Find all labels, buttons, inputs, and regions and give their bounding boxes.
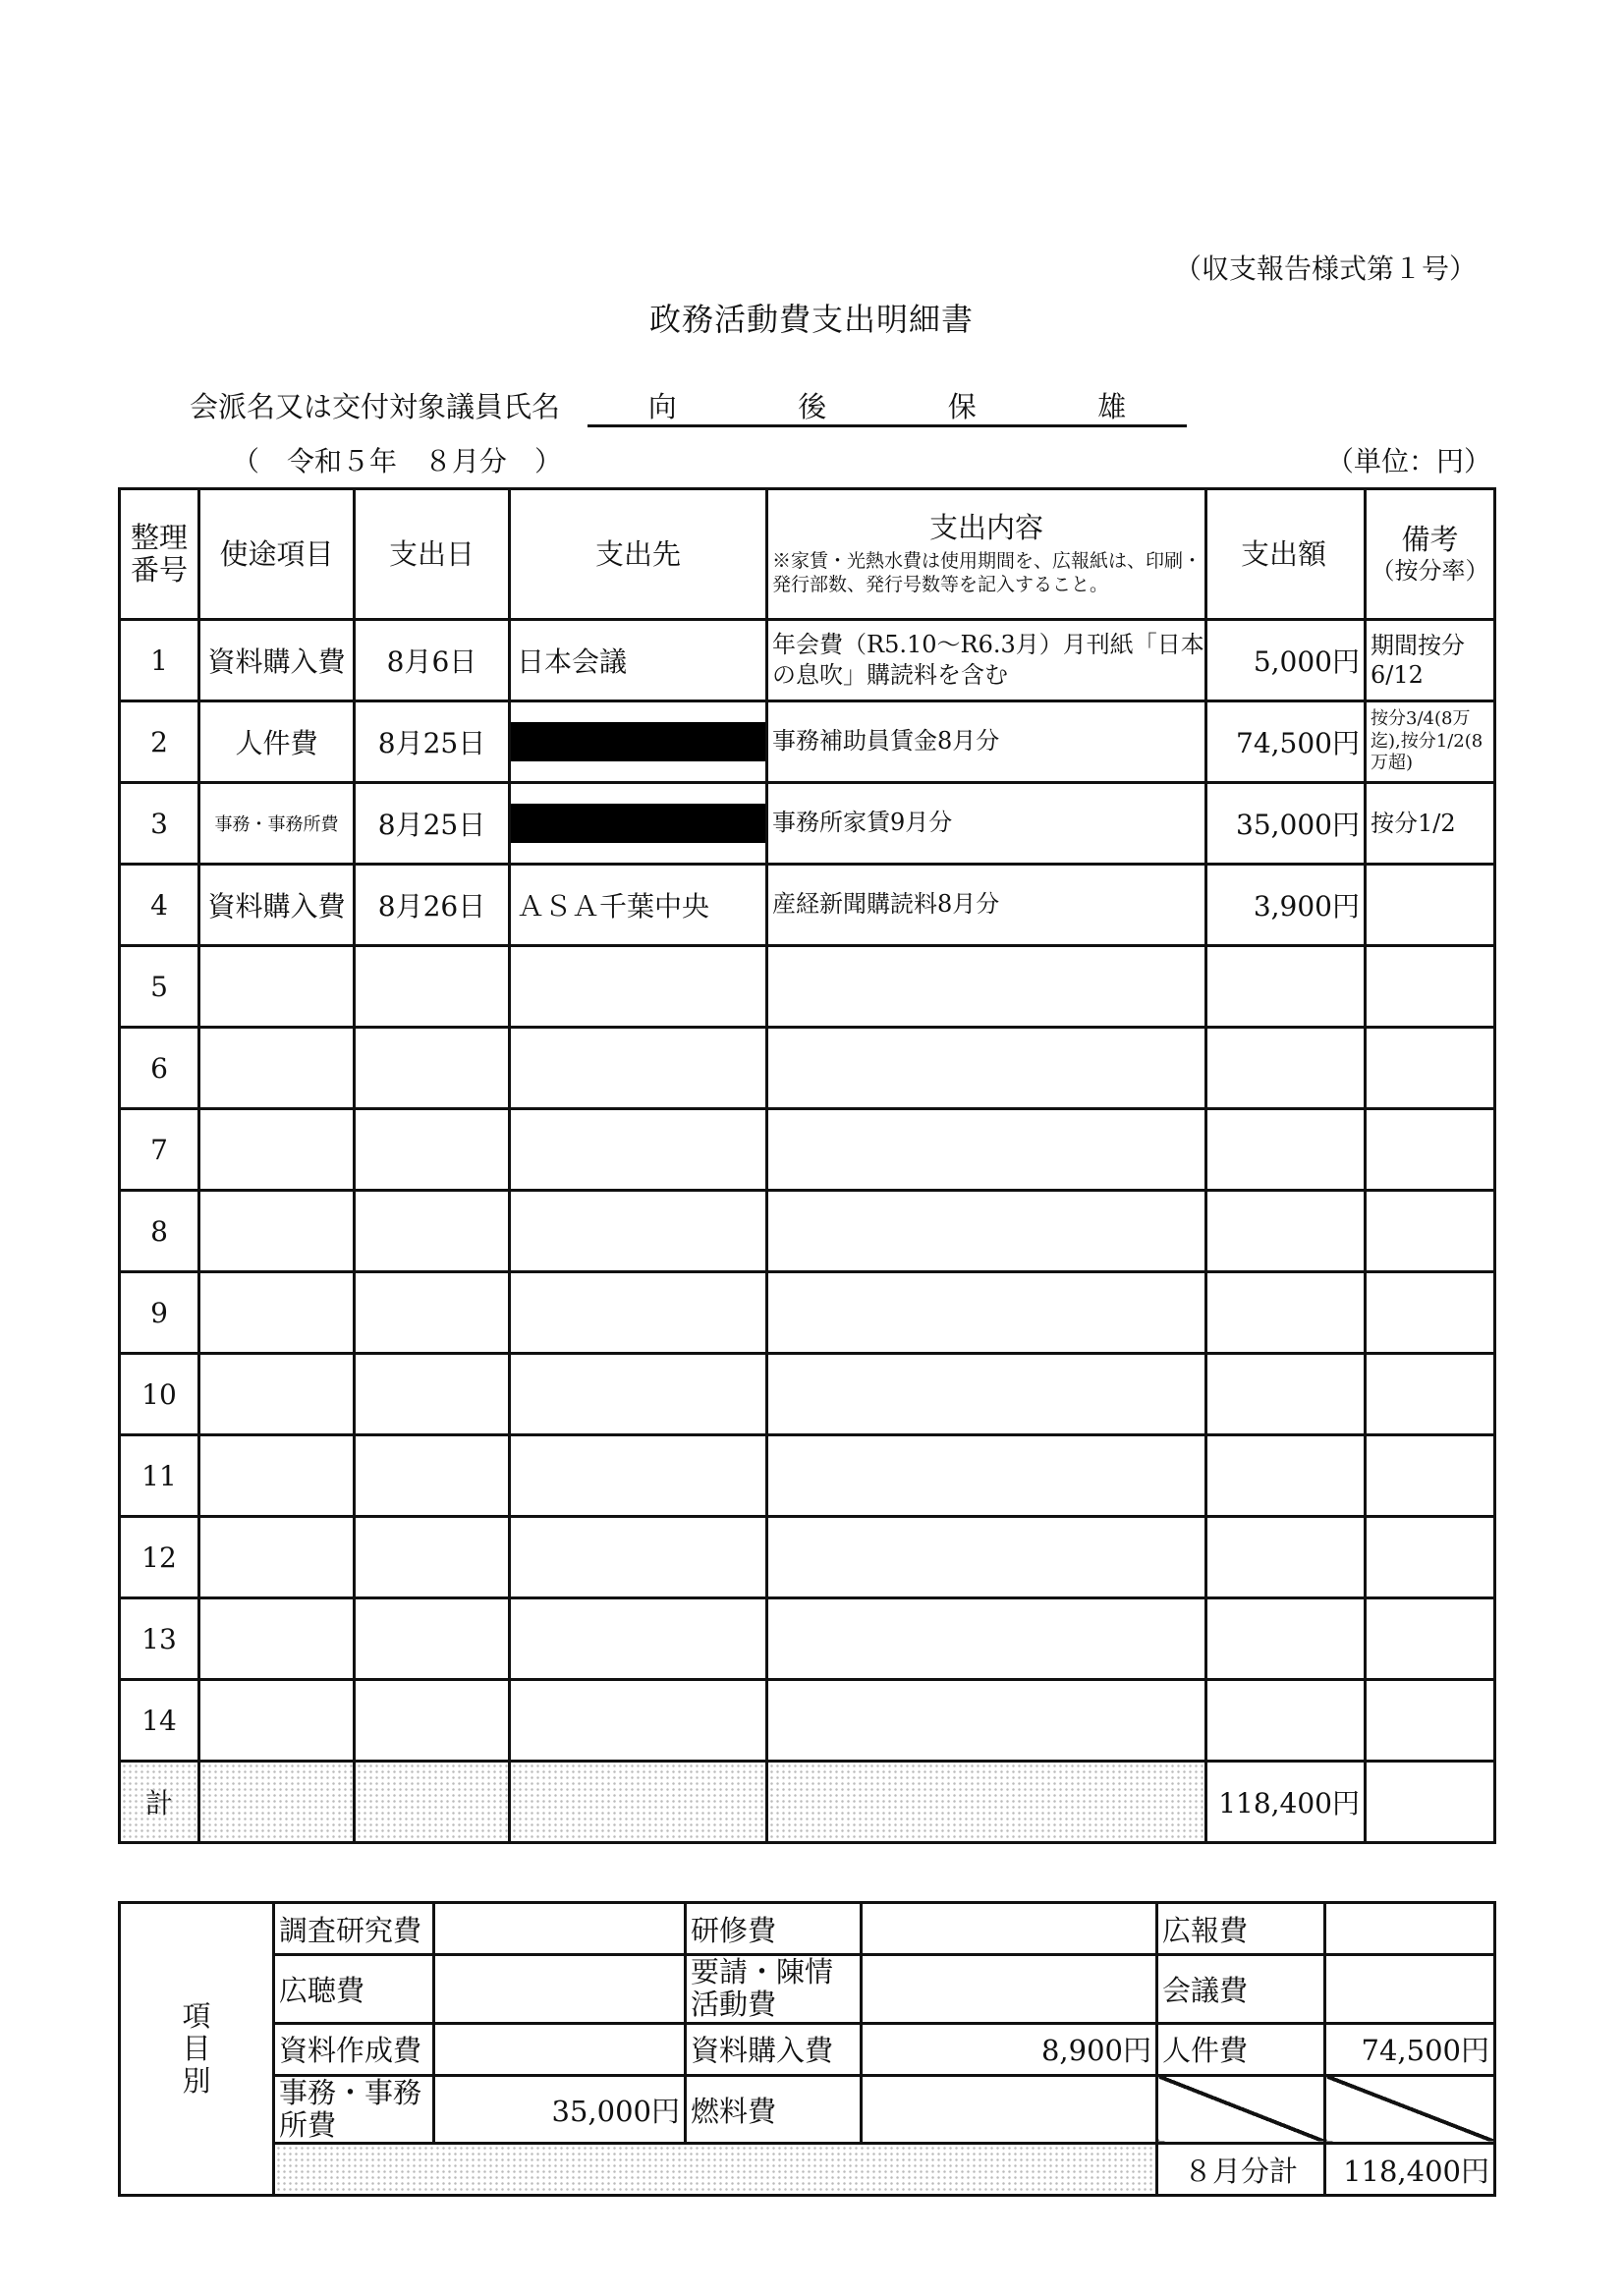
row-description [767,946,1206,1028]
row-amount [1206,1680,1366,1762]
row-remarks [1366,1354,1495,1435]
row-number: 11 [120,1435,199,1517]
row-category [199,1680,355,1762]
total-blank [510,1762,767,1843]
row-description [767,1272,1206,1354]
table-row: 8 [120,1191,1495,1272]
row-number: 6 [120,1028,199,1109]
row-amount [1206,1435,1366,1517]
header-remarks-sub: （按分率） [1367,557,1493,586]
row-category: 資料購入費 [199,865,355,946]
row-category [199,1028,355,1109]
row-description [767,1517,1206,1598]
summary-value [434,1955,686,2024]
summary-blank [274,2144,1157,2196]
row-number: 12 [120,1517,199,1598]
report-period: （ 令和５年 ８月分 ） [232,440,562,479]
row-date [355,1517,510,1598]
member-name-char: 雄 [1097,385,1126,424]
row-number: 10 [120,1354,199,1435]
summary-label: 人件費 [1157,2023,1325,2075]
header-description-title: 支出内容 [929,511,1043,544]
summary-label: 広報費 [1157,1903,1325,1955]
member-name: 向 後 保 雄 [588,385,1187,427]
row-category [199,1517,355,1598]
header-category: 使途項目 [199,489,355,620]
row-description [767,1028,1206,1109]
total-amount: 118,400円 [1206,1762,1366,1843]
row-number: 1 [120,620,199,701]
summary-label: 資料購入費 [686,2023,862,2075]
total-row: 計 118,400円 [120,1762,1495,1843]
row-date [355,1272,510,1354]
total-blank [767,1762,1206,1843]
table-row: 10 [120,1354,1495,1435]
row-amount: 35,000円 [1206,783,1366,865]
row-category [199,1598,355,1680]
member-name-char: 後 [798,385,826,424]
row-number: 14 [120,1680,199,1762]
row-payee [510,946,767,1028]
row-remarks [1366,1517,1495,1598]
row-payee [510,1191,767,1272]
row-category [199,1354,355,1435]
row-description [767,1354,1206,1435]
summary-value [862,2075,1157,2144]
table-row: 14 [120,1680,1495,1762]
row-date [355,1191,510,1272]
category-summary-table: 項 目 別 調査研究費 研修費 広報費 広聴費 要請・陳情活動費 会議費 資料作… [118,1901,1496,2197]
header-remarks: 備考 （按分率） [1366,489,1495,620]
header-amount: 支出額 [1206,489,1366,620]
row-number: 8 [120,1191,199,1272]
row-remarks [1366,865,1495,946]
header-remarks-title: 備考 [1401,523,1458,556]
summary-value: 74,500円 [1325,2023,1495,2075]
row-category: 人件費 [199,701,355,783]
row-date [355,1028,510,1109]
total-blank [199,1762,355,1843]
row-description [767,1109,1206,1191]
table-header-row: 整理番号 使途項目 支出日 支出先 支出内容 ※家賃・光熱水費は使用期間を、広報… [120,489,1495,620]
total-blank [355,1762,510,1843]
row-category: 資料購入費 [199,620,355,701]
summary-struck-cell [1325,2075,1495,2144]
row-number: 3 [120,783,199,865]
document-title: 政務活動費支出明細書 [0,295,1623,340]
row-date [355,1354,510,1435]
row-payee: 日本会議 [510,620,767,701]
summary-label: 資料作成費 [274,2023,434,2075]
row-remarks [1366,1272,1495,1354]
redaction-bar [511,722,766,761]
row-category: 事務・事務所費 [199,783,355,865]
summary-value [862,1903,1157,1955]
row-category [199,946,355,1028]
row-category [199,1435,355,1517]
member-name-char: 向 [648,385,677,424]
row-date [355,1435,510,1517]
row-number: 4 [120,865,199,946]
row-amount: 3,900円 [1206,865,1366,946]
row-payee [510,701,767,783]
summary-value [434,2023,686,2075]
row-category [199,1272,355,1354]
row-amount [1206,946,1366,1028]
header-date: 支出日 [355,489,510,620]
month-total-value: 118,400円 [1325,2144,1495,2196]
row-description: 事務補助員賃金8月分 [767,701,1206,783]
summary-value [434,1903,686,1955]
row-date [355,1680,510,1762]
row-remarks [1366,946,1495,1028]
member-name-char: 保 [948,385,977,424]
row-remarks [1366,1028,1495,1109]
unit-label: （単位：円） [1326,440,1491,479]
header-payee: 支出先 [510,489,767,620]
summary-label: 研修費 [686,1903,862,1955]
month-total-label: ８月分計 [1157,2144,1325,2196]
summary-label: 燃料費 [686,2075,862,2144]
row-number: 9 [120,1272,199,1354]
row-payee [510,1680,767,1762]
row-amount [1206,1109,1366,1191]
row-category [199,1109,355,1191]
header-description: 支出内容 ※家賃・光熱水費は使用期間を、広報紙は、印刷・発行部数、発行号数等を記… [767,489,1206,620]
row-date: 8月6日 [355,620,510,701]
summary-value: 35,000円 [434,2075,686,2144]
row-number: 5 [120,946,199,1028]
row-date [355,1109,510,1191]
row-payee [510,1435,767,1517]
table-row: 6 [120,1028,1495,1109]
row-number: 7 [120,1109,199,1191]
row-category [199,1191,355,1272]
row-date: 8月25日 [355,701,510,783]
row-date: 8月26日 [355,865,510,946]
table-row: 2人件費8月25日事務補助員賃金8月分74,500円按分3/4(8万迄),按分1… [120,701,1495,783]
summary-label: 要請・陳情活動費 [686,1955,862,2024]
row-amount [1206,1272,1366,1354]
table-row: 7 [120,1109,1495,1191]
row-amount [1206,1598,1366,1680]
header-description-note: ※家賃・光熱水費は使用期間を、広報紙は、印刷・発行部数、発行号数等を記入すること… [768,549,1204,597]
row-remarks [1366,1109,1495,1191]
row-remarks: 期間按分 6/12 [1366,620,1495,701]
row-payee [510,1598,767,1680]
table-row: 3事務・事務所費8月25日事務所家賃9月分35,000円按分1/2 [120,783,1495,865]
table-row: 5 [120,946,1495,1028]
row-remarks: 按分1/2 [1366,783,1495,865]
summary-label: 会議費 [1157,1955,1325,2024]
row-description [767,1435,1206,1517]
row-amount: 5,000円 [1206,620,1366,701]
table-row: 13 [120,1598,1495,1680]
row-remarks: 按分3/4(8万迄),按分1/2(8万超) [1366,701,1495,783]
row-payee [510,1354,767,1435]
row-description: 産経新聞購読料8月分 [767,865,1206,946]
summary-struck-cell [1157,2075,1325,2144]
row-number: 2 [120,701,199,783]
row-amount [1206,1028,1366,1109]
summary-label: 広聴費 [274,1955,434,2024]
row-remarks [1366,1680,1495,1762]
row-payee [510,783,767,865]
row-description [767,1680,1206,1762]
header-no: 整理番号 [120,489,199,620]
total-label: 計 [120,1762,199,1843]
row-payee [510,1517,767,1598]
row-amount [1206,1517,1366,1598]
row-payee: ＡＳＡ千葉中央 [510,865,767,946]
table-row: 1資料購入費8月6日日本会議年会費（R5.10～R6.3月）月刊紙「日本の息吹」… [120,620,1495,701]
row-description: 年会費（R5.10～R6.3月）月刊紙「日本の息吹」購読料を含む [767,620,1206,701]
row-date: 8月25日 [355,783,510,865]
row-amount [1206,1354,1366,1435]
row-payee [510,1109,767,1191]
total-remarks [1366,1762,1495,1843]
row-description [767,1191,1206,1272]
summary-label: 事務・事務所費 [274,2075,434,2144]
expense-table: 整理番号 使途項目 支出日 支出先 支出内容 ※家賃・光熱水費は使用期間を、広報… [118,487,1496,1844]
row-remarks [1366,1191,1495,1272]
table-row: 12 [120,1517,1495,1598]
row-remarks [1366,1435,1495,1517]
row-date [355,946,510,1028]
summary-value [1325,1903,1495,1955]
table-row: 9 [120,1272,1495,1354]
summary-value [862,1955,1157,2024]
table-row: 4資料購入費8月26日ＡＳＡ千葉中央産経新聞購読料8月分3,900円 [120,865,1495,946]
row-payee [510,1272,767,1354]
row-date [355,1598,510,1680]
member-label: 会派名又は交付対象議員氏名 [190,385,560,425]
summary-label: 調査研究費 [274,1903,434,1955]
form-number: （収支報告様式第１号） [1174,248,1477,287]
row-amount: 74,500円 [1206,701,1366,783]
row-description: 事務所家賃9月分 [767,783,1206,865]
row-payee [510,1028,767,1109]
summary-side-label: 項 目 別 [120,1903,274,2196]
summary-value: 8,900円 [862,2023,1157,2075]
row-description [767,1598,1206,1680]
summary-value [1325,1955,1495,2024]
redaction-bar [511,804,766,843]
row-number: 13 [120,1598,199,1680]
row-remarks [1366,1598,1495,1680]
table-row: 11 [120,1435,1495,1517]
row-amount [1206,1191,1366,1272]
